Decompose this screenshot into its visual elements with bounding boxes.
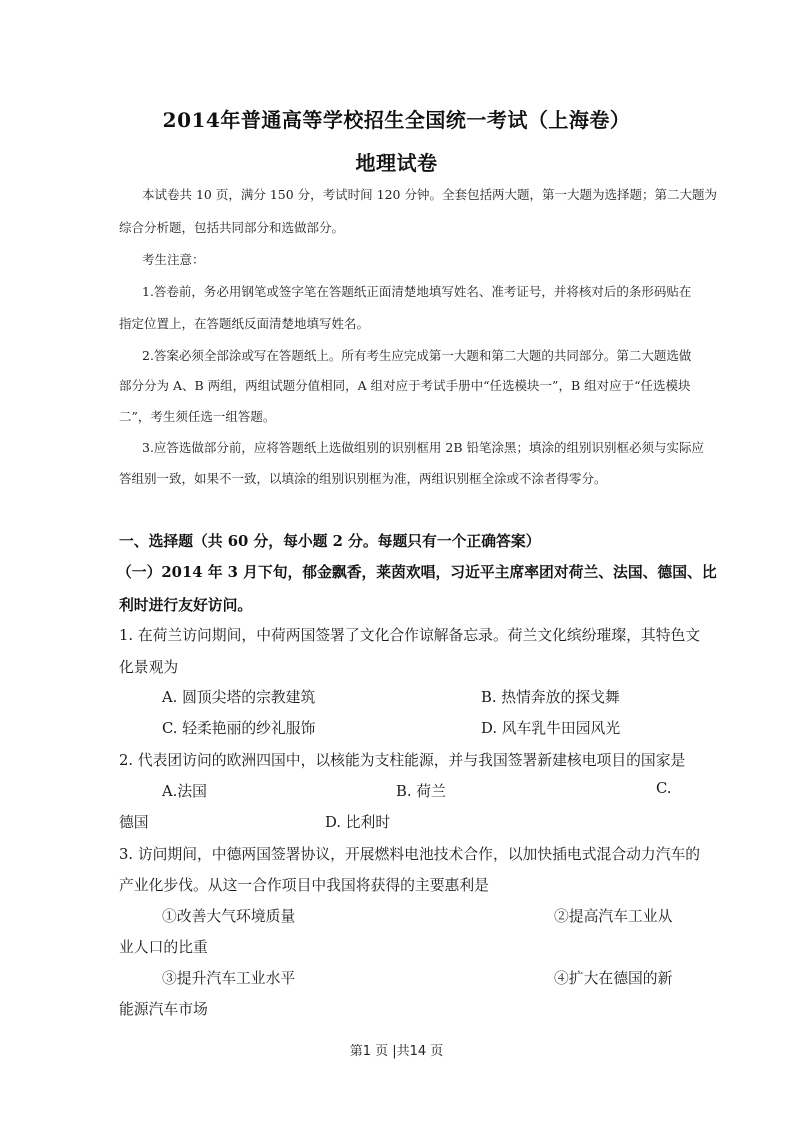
question-1-option-a: A. 圆顶尖塔的宗教建筑: [162, 686, 315, 707]
note-2-line: 二”，考生须任选一组答题。: [119, 407, 275, 425]
question-2-option-d: D. 比利时: [325, 811, 390, 832]
question-2-option-b: B. 荷兰: [396, 780, 446, 801]
question-1-stem: 化景观为: [119, 656, 178, 677]
question-2-option-c: C.: [656, 780, 672, 797]
note-1-line: 指定位置上，在答题纸反面清楚地填写姓名。: [119, 314, 369, 332]
question-3-option-2: ②提高汽车工业从: [554, 905, 672, 926]
question-3-option-3: ③提升汽车工业水平: [162, 967, 295, 988]
page-indicator: 第1 页 |共14 页: [0, 1040, 793, 1059]
question-3-option-4-cont: 能源汽车市场: [119, 998, 208, 1019]
question-2-option-a: A.法国: [162, 780, 207, 801]
question-1-stem: 1. 在荷兰访问期间，中荷两国签署了文化合作谅解备忘录。荷兰文化缤纷璀璨，其特色…: [119, 624, 700, 645]
group-heading: 利时进行友好访问。: [119, 594, 252, 615]
question-1-option-b: B. 热情奔放的探戈舞: [481, 686, 620, 707]
question-2-stem: 2. 代表团访问的欧洲四国中，以核能为支柱能源，并与我国签署新建核电项目的国家是: [119, 749, 685, 770]
notice-label: 考生注意：: [142, 250, 205, 268]
note-2-line: 2.答案必须全部涂或写在答题纸上。所有考生应完成第一大题和第二大题的共同部分。第…: [142, 346, 691, 364]
note-3-line: 3.应答选做部分前，应将答题纸上选做组别的识别框用 2B 铅笔涂黑；填涂的组别识…: [142, 438, 704, 456]
intro-line: 综合分析题，包括共同部分和选做部分。: [119, 218, 344, 236]
question-1-option-d: D. 风车乳牛田园风光: [481, 717, 620, 738]
section-heading: 一、选择题（共 60 分，每小题 2 分。每题只有一个正确答案）: [119, 530, 540, 551]
group-heading: （一）2014 年 3 月下旬，郁金飘香，莱茵欢唱，习近平主席率团对荷兰、法国、…: [117, 561, 717, 582]
exam-subtitle: 地理试卷: [0, 147, 793, 176]
note-2-line: 部分分为 A、B 两组，两组试题分值相同，A 组对应于考试手册中“任选模块一”，…: [119, 376, 691, 394]
intro-line: 本试卷共 10 页，满分 150 分，考试时间 120 分钟。全套包括两大题，第…: [142, 185, 717, 203]
question-3-option-4: ④扩大在德国的新: [554, 967, 672, 988]
exam-title: 2014年普通高等学校招生全国统一考试（上海卷）: [0, 104, 793, 133]
question-1-option-c: C. 轻柔艳丽的纱礼服饰: [162, 717, 315, 738]
question-3-option-1: ①改善大气环境质量: [162, 905, 295, 926]
note-1-line: 1.答卷前，务必用钢笔或签字笔在答题纸正面清楚地填写姓名、准考证号，并将核对后的…: [142, 282, 691, 300]
note-3-line: 答组别一致，如果不一致，以填涂的组别识别框为准，两组识别框全涂或不涂者得零分。: [119, 469, 607, 487]
question-3-option-2-cont: 业人口的比重: [119, 936, 208, 957]
question-2-option-c-text: 德国: [119, 811, 149, 832]
question-3-stem: 产业化步伐。从这一合作项目中我国将获得的主要惠利是: [119, 874, 489, 895]
question-3-stem: 3. 访问期间，中德两国签署协议，开展燃料电池技术合作，以加快插电式混合动力汽车…: [119, 843, 700, 864]
